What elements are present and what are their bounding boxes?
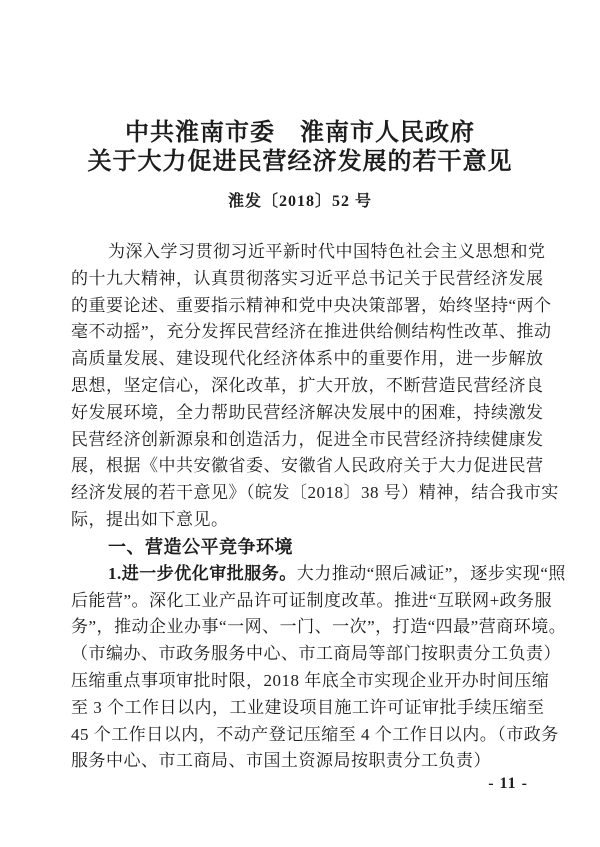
text-line: 务”，推动企业办事“一网、一门、一次”，打造“四最”营商环境。 <box>71 614 531 641</box>
item-1-remaining-lines: 后能营”。深化工业产品许可证制度改革。推进“互联网+政务服务”，推动企业办事“一… <box>71 588 531 776</box>
text-line: 服务中心、市工商局、市国土资源局按职责分工负责） <box>71 748 531 775</box>
item-1-paragraph: 1.进一步优化审批服务。大力推动“照后减证”，逐步实现“照 后能营”。深化工业产… <box>71 561 531 775</box>
text-line: 展，根据《中共安徽省委、安徽省人民政府关于大力促进民营 <box>71 453 531 480</box>
text-line: 的重要论述、重要指示精神和党中央决策部署，始终坚持“两个 <box>71 293 531 320</box>
text-line: 民营经济创新源泉和创造活力，促进全市民营经济持续健康发 <box>71 427 531 454</box>
text-line: 压缩重点事项审批时限，2018 年底全市实现企业开办时间压缩 <box>71 668 531 695</box>
text-line: 45 个工作日以内，不动产登记压缩至 4 个工作日以内。（市政务 <box>71 722 531 749</box>
section-1-heading: 一、营造公平竞争环境 <box>71 534 531 561</box>
text-line: 际，提出如下意见。 <box>71 507 531 534</box>
document-number: 淮发〔2018〕52 号 <box>0 188 600 211</box>
document-body: 为深入学习贯彻习近平新时代中国特色社会主义思想和党的十九大精神，认真贯彻落实习近… <box>71 239 531 775</box>
text-line: 1.进一步优化审批服务。大力推动“照后减证”，逐步实现“照 <box>71 561 531 588</box>
text-line: 思想，坚定信心，深化改革，扩大开放，不断营造民营经济良 <box>71 373 531 400</box>
intro-paragraph: 为深入学习贯彻习近平新时代中国特色社会主义思想和党的十九大精神，认真贯彻落实习近… <box>71 239 531 534</box>
title-line-2: 关于大力促进民营经济发展的若干意见 <box>0 148 600 177</box>
text-line: 毫不动摇”，充分发挥民营经济在推进供给侧结构性改革、推动 <box>71 319 531 346</box>
text-line: 好发展环境，全力帮助民营经济解决发展中的困难，持续激发 <box>71 400 531 427</box>
item-1-first-line-rest: 大力推动“照后减证”，逐步实现“照 <box>297 564 566 583</box>
text-line: 为深入学习贯彻习近平新时代中国特色社会主义思想和党 <box>71 239 531 266</box>
item-1-lead: 1.进一步优化审批服务。 <box>108 564 297 583</box>
title-line-1: 中共淮南市委 淮南市人民政府 <box>0 119 600 148</box>
text-line: 的十九大精神，认真贯彻落实习近平总书记关于民营经济发展 <box>71 266 531 293</box>
document-title: 中共淮南市委 淮南市人民政府 关于大力促进民营经济发展的若干意见 <box>0 119 600 177</box>
text-line: （市编办、市政务服务中心、市工商局等部门按职责分工负责） <box>71 641 531 668</box>
text-line: 高质量发展、建设现代化经济体系中的重要作用，进一步解放 <box>71 346 531 373</box>
document-page: 中共淮南市委 淮南市人民政府 关于大力促进民营经济发展的若干意见 淮发〔2018… <box>0 0 600 847</box>
text-line: 后能营”。深化工业产品许可证制度改革。推进“互联网+政务服 <box>71 588 531 615</box>
text-line: 经济发展的若干意见》（皖发〔2018〕38 号）精神，结合我市实 <box>71 480 531 507</box>
text-line: 至 3 个工作日以内，工业建设项目施工许可证审批手续压缩至 <box>71 695 531 722</box>
page-number: - 11 - <box>488 775 528 793</box>
